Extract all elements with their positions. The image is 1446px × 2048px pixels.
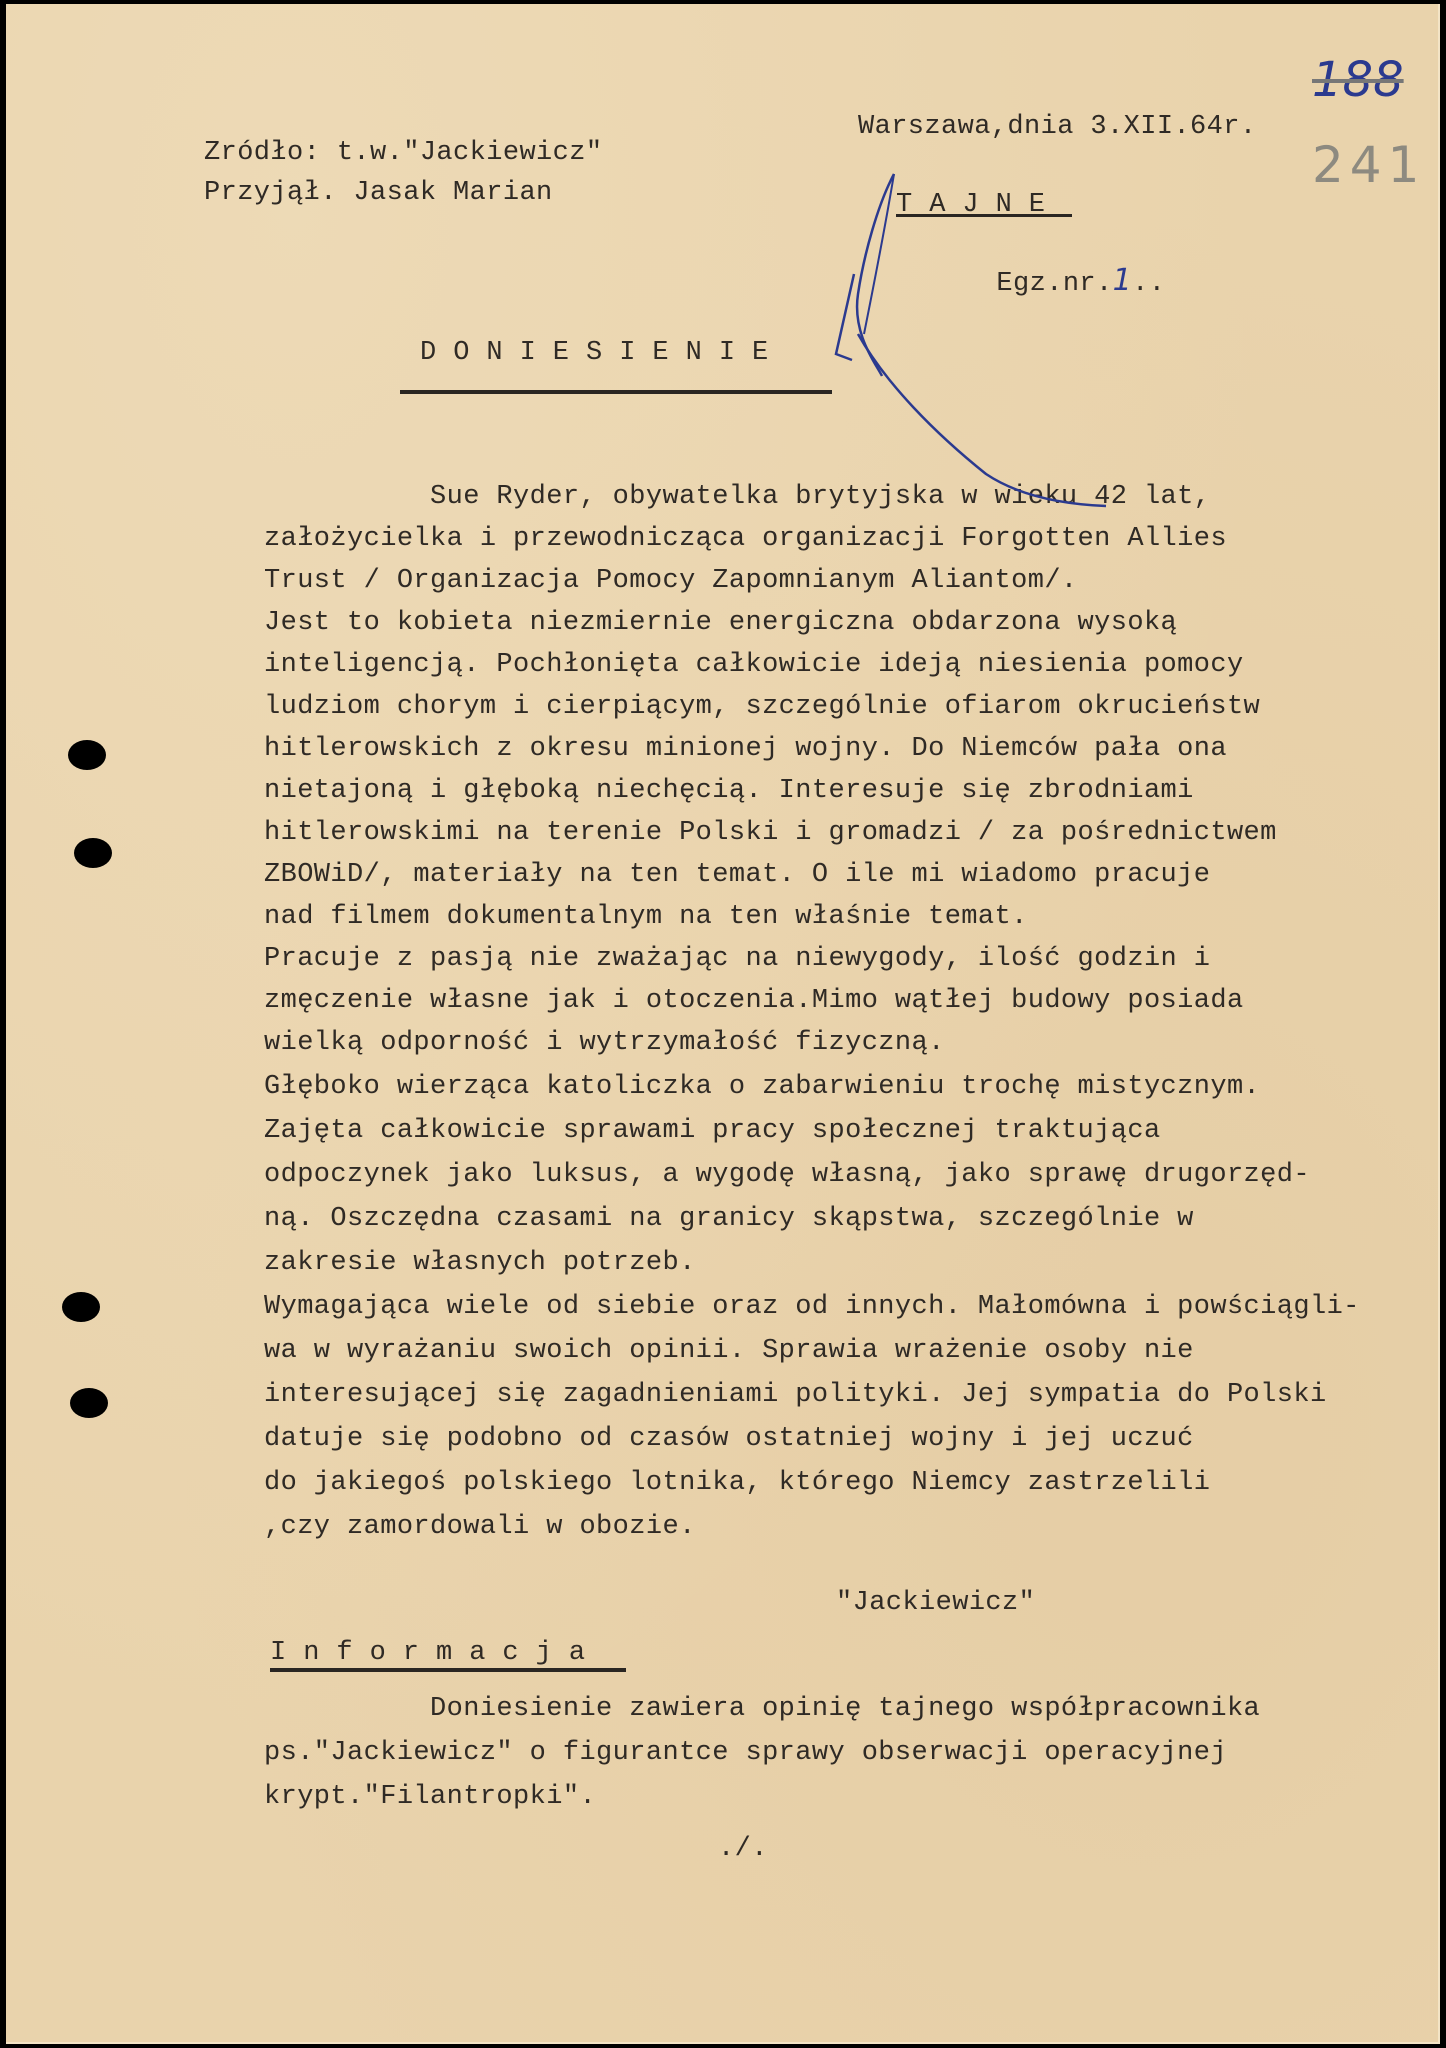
document-page: 188 241 Zródło: t.w."Jackiewicz" Przyjął… — [6, 4, 1440, 2044]
pen-check-mark-icon — [6, 4, 1438, 2042]
